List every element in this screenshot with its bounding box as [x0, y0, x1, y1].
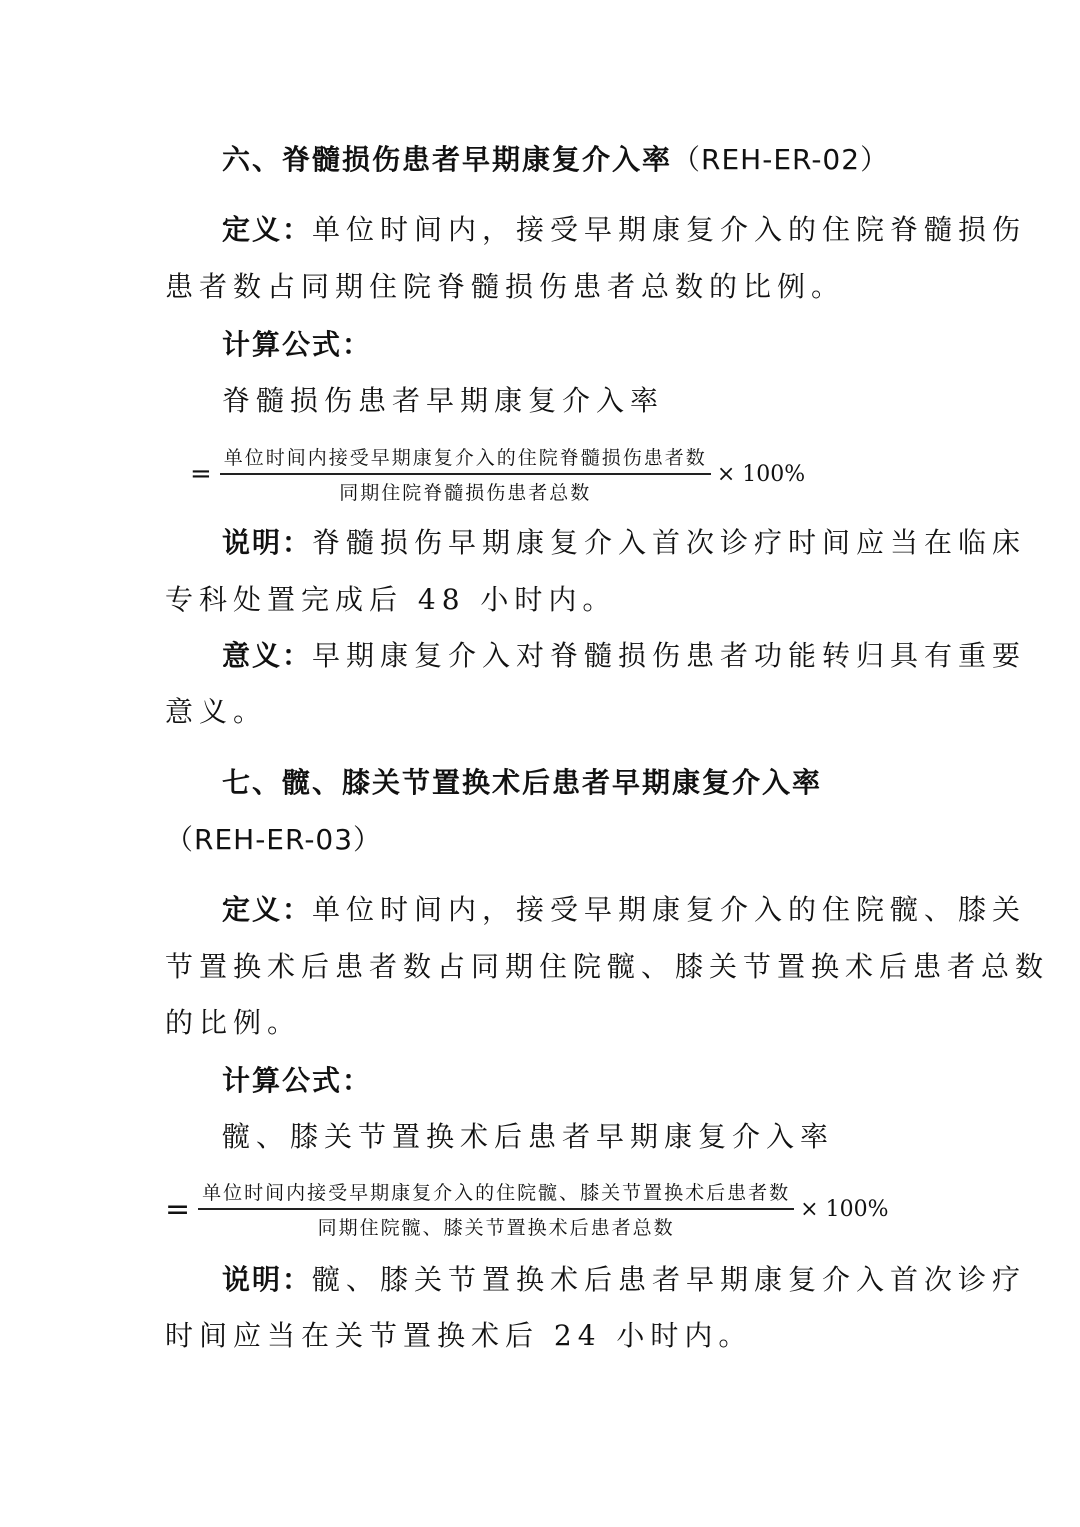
- section-7-note-cont: 时间应当在关节置换术后 24 小时内。: [165, 1316, 752, 1356]
- section-6-definition-cont: 患者数占同期住院脊髓损伤患者总数的比例。: [165, 267, 845, 307]
- definition-text: 单位时间内，接受早期康复介入的住院脊髓损伤: [312, 213, 1026, 246]
- section-7-definition-cont: 节置换术后患者数占同期住院髋、膝关节置换术后患者总数: [165, 947, 1049, 987]
- section-7-definition: 定义：单位时间内，接受早期康复介入的住院髋、膝关: [222, 890, 1026, 930]
- significance-text: 早期康复介入对脊髓损伤患者功能转归具有重要: [312, 639, 1026, 672]
- section-7-formula-name: 髋、膝关节置换术后患者早期康复介入率: [222, 1117, 834, 1157]
- section-6-formula-label: 计算公式：: [222, 325, 372, 365]
- section-6-note-cont: 专科处置完成后 48 小时内。: [165, 580, 616, 620]
- numerator: 单位时间内接受早期康复介入的住院脊髓损伤患者数: [220, 443, 711, 475]
- definition-label: 定义：: [222, 893, 312, 926]
- section-7-formula: = 单位时间内接受早期康复介入的住院髋、膝关节置换术后患者数 同期住院髋、膝关节…: [165, 1178, 888, 1240]
- section-6-formula: = 单位时间内接受早期康复介入的住院脊髓损伤患者数 同期住院脊髓损伤患者总数 ×…: [190, 443, 805, 505]
- denominator: 同期住院脊髓损伤患者总数: [339, 475, 591, 505]
- definition-text: 单位时间内，接受早期康复介入的住院髋、膝关: [312, 893, 1026, 926]
- note-text: 髋、膝关节置换术后患者早期康复介入首次诊疗: [312, 1263, 1026, 1296]
- fraction: 单位时间内接受早期康复介入的住院脊髓损伤患者数 同期住院脊髓损伤患者总数: [220, 443, 711, 505]
- section-7-formula-label: 计算公式：: [222, 1061, 372, 1101]
- section-6-significance: 意义：早期康复介入对脊髓损伤患者功能转归具有重要: [222, 636, 1026, 676]
- denominator: 同期住院髋、膝关节置换术后患者总数: [318, 1210, 675, 1240]
- section-7-code: （REH-ER-03）: [165, 823, 382, 856]
- multiplier: × 100%: [717, 462, 805, 487]
- equals-sign: =: [165, 1192, 190, 1227]
- multiplier: × 100%: [800, 1197, 888, 1222]
- section-7-note: 说明：髋、膝关节置换术后患者早期康复介入首次诊疗: [222, 1260, 1026, 1300]
- numerator: 单位时间内接受早期康复介入的住院髋、膝关节置换术后患者数: [198, 1178, 794, 1210]
- section-7-definition-cont2: 的比例。: [165, 1003, 301, 1043]
- fraction: 单位时间内接受早期康复介入的住院髋、膝关节置换术后患者数 同期住院髋、膝关节置换…: [198, 1178, 794, 1240]
- note-label: 说明：: [222, 526, 312, 559]
- section-6-heading: 六、脊髓损伤患者早期康复介入率（REH-ER-02）: [222, 140, 889, 180]
- equals-sign: =: [190, 459, 212, 489]
- section-6-code: （REH-ER-02）: [672, 143, 889, 176]
- section-6-title: 六、脊髓损伤患者早期康复介入率: [222, 143, 672, 176]
- note-text: 脊髓损伤早期康复介入首次诊疗时间应当在临床: [312, 526, 1026, 559]
- section-6-formula-name: 脊髓损伤患者早期康复介入率: [222, 381, 664, 421]
- section-6-definition: 定义：单位时间内，接受早期康复介入的住院脊髓损伤: [222, 210, 1026, 250]
- note-label: 说明：: [222, 1263, 312, 1296]
- section-7-code-line: （REH-ER-03）: [165, 820, 382, 860]
- significance-label: 意义：: [222, 639, 312, 672]
- section-7-title: 七、髋、膝关节置换术后患者早期康复介入率: [222, 763, 822, 803]
- definition-label: 定义：: [222, 213, 312, 246]
- section-6-significance-cont: 意义。: [165, 692, 267, 732]
- section-6-note: 说明：脊髓损伤早期康复介入首次诊疗时间应当在临床: [222, 523, 1026, 563]
